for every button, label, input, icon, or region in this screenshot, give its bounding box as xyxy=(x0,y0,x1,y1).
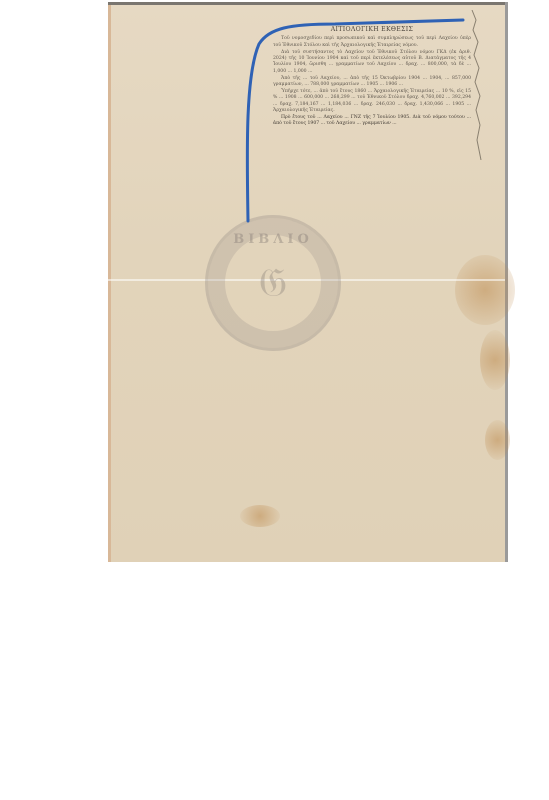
document-title: ΑΙΤΙΟΛΟΓΙΚΗ ΕΚΘΕΣΙΣ xyxy=(273,27,471,33)
stamp-text: ΒΙΒΛΙΟ xyxy=(208,232,338,247)
torn-edge xyxy=(470,10,484,160)
stain xyxy=(240,505,280,527)
stain xyxy=(455,255,515,325)
paragraph: Τοῦ νομοσχεδίου περὶ προσωπικοῦ καὶ συμπ… xyxy=(273,36,471,49)
page-top-shadow xyxy=(108,2,508,5)
library-stamp: ΒΙΒΛΙΟ 𝔊 xyxy=(205,215,341,351)
stain xyxy=(480,330,510,390)
paragraph: Ὑπῆρχε τότε, ... ἀπὸ τοῦ ἔτους 1860 ... … xyxy=(273,89,471,114)
stamp-monogram-icon: 𝔊 xyxy=(248,258,298,308)
paragraph: Πρὸ ἔτους τοῦ ... Λαχείου ... ΓΝΖ τῆς 7 … xyxy=(273,115,471,128)
paragraph: Ἀπὸ τῆς ... τοῦ Λαχείου, ... ἀπὸ τῆς 15 … xyxy=(273,76,471,89)
paragraph: Διὰ τοῦ συστήσαντος τὸ Λαχεῖον τοῦ Ἐθνικ… xyxy=(273,50,471,75)
text-column: ΑΙΤΙΟΛΟΓΙΚΗ ΕΚΘΕΣΙΣ Τοῦ νομοσχεδίου περὶ… xyxy=(273,27,471,128)
stain xyxy=(485,420,510,460)
